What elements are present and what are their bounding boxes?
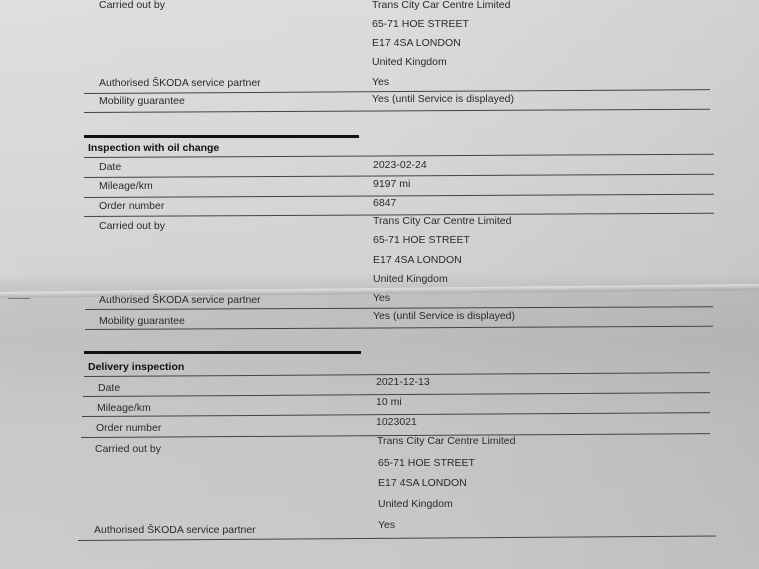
mileage-label: Mileage/km: [97, 402, 151, 414]
order-value: 1023021: [376, 416, 417, 428]
order-value: 6847: [373, 197, 396, 209]
fold-mark: [8, 298, 30, 299]
mileage-value: 9197 mi: [373, 178, 410, 190]
order-label: Order number: [96, 422, 161, 434]
authorised-value: Yes: [372, 76, 389, 88]
carried-out-by-city: E17 4SA LONDON: [373, 254, 462, 266]
mobility-value: Yes (until Service is displayed): [372, 93, 514, 105]
mobility-value: Yes (until Service is displayed): [373, 310, 515, 322]
row-divider: [84, 154, 714, 158]
carried-out-by-city: E17 4SA LONDON: [372, 37, 461, 49]
mileage-label: Mileage/km: [99, 180, 153, 192]
row-divider: [84, 109, 710, 113]
carried-out-by-name: Trans City Car Centre Limited: [377, 435, 515, 447]
carried-out-by-country: United Kingdom: [378, 498, 453, 510]
row-divider: [78, 536, 716, 541]
carried-out-by-street: 65-71 HOE STREET: [372, 18, 469, 30]
section-rule: [84, 351, 361, 354]
carried-out-by-city: E17 4SA LONDON: [378, 477, 467, 489]
mobility-label: Mobility guarantee: [99, 315, 185, 327]
authorised-label: Authorised ŠKODA service partner: [94, 524, 256, 536]
section-title: Delivery inspection: [88, 361, 184, 373]
section-rule: [84, 135, 359, 138]
carried-out-by-name: Trans City Car Centre Limited: [372, 0, 510, 11]
authorised-label: Authorised ŠKODA service partner: [99, 294, 261, 306]
mileage-value: 10 mi: [376, 396, 402, 408]
authorised-label: Authorised ŠKODA service partner: [99, 77, 261, 89]
carried-out-by-label: Carried out by: [95, 443, 161, 455]
date-value: 2021-12-13: [376, 376, 430, 388]
carried-out-by-name: Trans City Car Centre Limited: [373, 215, 511, 227]
carried-out-by-street: 65-71 HOE STREET: [378, 457, 475, 469]
row-divider: [84, 194, 714, 198]
order-label: Order number: [99, 200, 164, 212]
date-label: Date: [99, 161, 121, 173]
date-value: 2023-02-24: [373, 159, 427, 171]
date-label: Date: [98, 382, 120, 394]
authorised-value: Yes: [378, 519, 395, 531]
carried-out-by-label: Carried out by: [99, 0, 165, 11]
carried-out-by-street: 65-71 HOE STREET: [373, 234, 470, 246]
section-title: Inspection with oil change: [88, 142, 219, 154]
mobility-label: Mobility guarantee: [99, 95, 185, 107]
carried-out-by-country: United Kingdom: [372, 56, 447, 68]
carried-out-by-label: Carried out by: [99, 220, 165, 232]
carried-out-by-country: United Kingdom: [373, 273, 448, 285]
authorised-value: Yes: [373, 292, 390, 304]
